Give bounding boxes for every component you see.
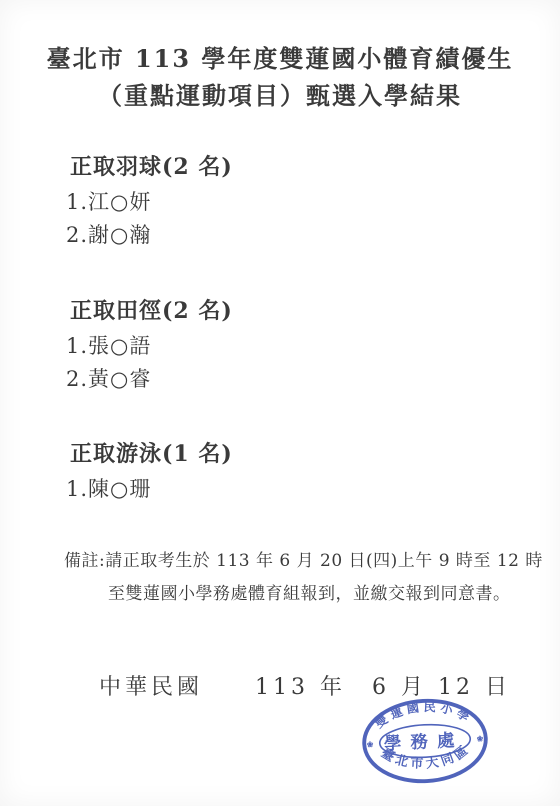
title-line-1: 臺北市 113 學年度雙蓮國小體育績優生 — [0, 40, 560, 77]
remark-note: 備註:請正取考生於 113 年 6 月 20 日(四)上午 9 時至 12 時 … — [64, 545, 543, 611]
section-header: 正取田徑(2 名) — [70, 298, 233, 324]
section-badminton: 正取羽球(2 名) 1.江○妍 2.謝○瀚 — [66, 154, 233, 252]
section-swimming: 正取游泳(1 名) 1.陳○珊 — [66, 441, 233, 506]
list-item: 1.陳○珊 — [66, 473, 233, 506]
section-header: 正取羽球(2 名) — [70, 154, 233, 180]
section-header: 正取游泳(1 名) — [70, 441, 233, 467]
list-item: 2.謝○瀚 — [66, 219, 233, 252]
section-track-and-field: 正取田徑(2 名) 1.張○語 2.黃○睿 — [66, 298, 233, 396]
title-line-2: （重點運動項目）甄選入學結果 — [0, 77, 560, 114]
plum-blossom-icon-right: ❀ — [476, 734, 483, 743]
section-items: 1.張○語 2.黃○睿 — [66, 330, 233, 396]
section-items: 1.江○妍 2.謝○瀚 — [66, 186, 233, 252]
list-item: 1.張○語 — [66, 330, 233, 363]
section-items: 1.陳○珊 — [66, 473, 233, 506]
note-line-1: 備註:請正取考生於 113 年 6 月 20 日(四)上午 9 時至 12 時 — [64, 545, 543, 578]
list-item: 2.黃○睿 — [66, 363, 233, 396]
note-line-2: 至雙蓮國小學務處體育組報到，並繳交報到同意書。 — [64, 578, 543, 611]
list-item: 1.江○妍 — [66, 186, 233, 219]
school-office-stamp: 臺北市大同區 雙蓮國民小學 學務處 ❀ ❀ — [358, 694, 492, 789]
scanned-document-page: 臺北市 113 學年度雙蓮國小體育績優生 （重點運動項目）甄選入學結果 正取羽球… — [0, 0, 560, 806]
document-title: 臺北市 113 學年度雙蓮國小體育績優生 （重點運動項目）甄選入學結果 — [0, 40, 560, 114]
stamp-center-text: 學務處 — [383, 729, 464, 754]
plum-blossom-icon-left: ❀ — [367, 740, 374, 749]
